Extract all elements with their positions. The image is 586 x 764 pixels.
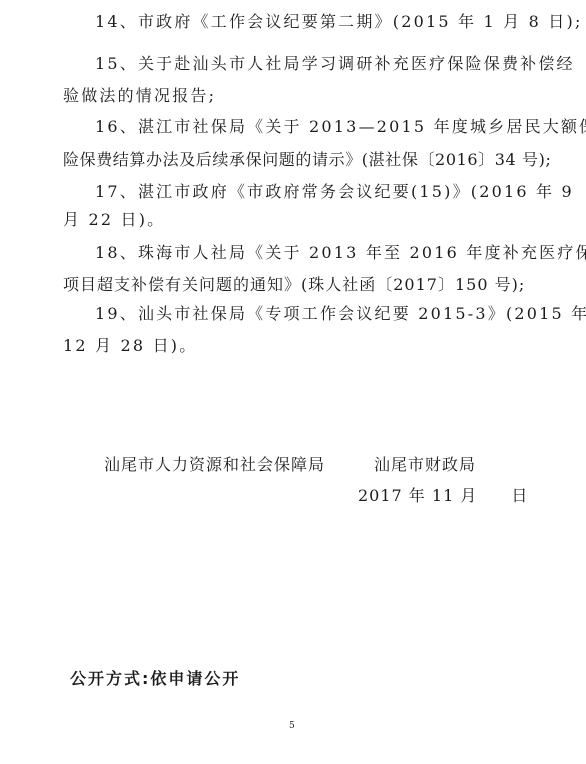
reference-18-line2: 项目超支补偿有关问题的通知》(珠人社函〔2017〕150 号); <box>63 275 525 295</box>
page-number: 5 <box>289 721 295 731</box>
reference-17-line1: 17、湛江市政府《市政府常务会议纪要(15)》(2016 年 9 <box>95 182 574 202</box>
reference-19-line2: 12 月 28 日)。 <box>63 336 197 356</box>
reference-17-line2: 月 22 日)。 <box>63 210 165 230</box>
reference-16-line1: 16、湛江市社保局《关于 2013—2015 年度城乡居民大额保 <box>95 117 586 137</box>
signature-date: 2017 年 11 月 日 <box>358 486 528 506</box>
reference-15-line1: 15、关于赴汕头市人社局学习调研补充医疗保险保费补偿经 <box>95 54 575 74</box>
reference-19-line1: 19、汕头市社保局《专项工作会议纪要 2015-3》(2015 年 <box>95 304 586 324</box>
reference-14: 14、市政府《工作会议纪要第二期》(2015 年 1 月 8 日); <box>95 12 583 32</box>
signature-org-hrss: 汕尾市人力资源和社会保障局 <box>104 455 325 475</box>
reference-16-line2: 险保费结算办法及后续承保问题的请示》(湛社保〔2016〕34 号); <box>63 150 551 170</box>
signature-org-finance: 汕尾市财政局 <box>374 455 476 475</box>
reference-18-line1: 18、珠海市人社局《关于 2013 年至 2016 年度补充医疗保险 <box>95 243 586 263</box>
disclosure-method: 公开方式:依申请公开 <box>70 669 240 689</box>
reference-15-line2: 验做法的情况报告; <box>63 86 216 106</box>
